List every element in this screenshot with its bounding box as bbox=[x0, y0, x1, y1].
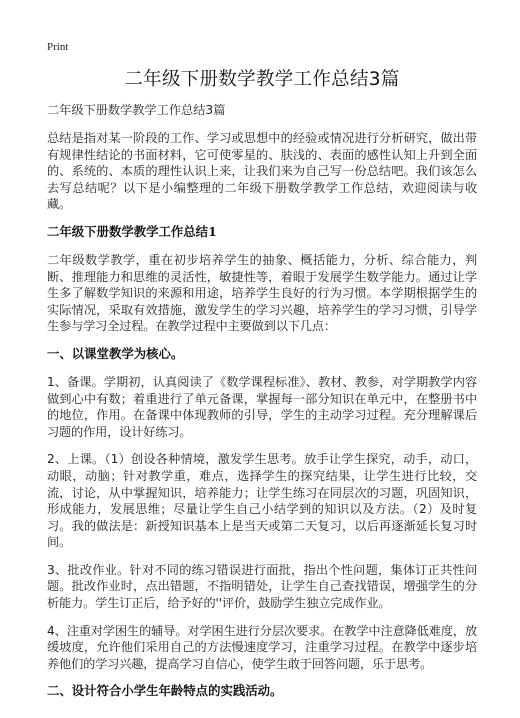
intro-paragraph: 总结是指对某一阶段的工作、学习或思想中的经验或情况进行分析研究，做出带有规律性结… bbox=[47, 130, 477, 213]
section-1-heading: 二年级下册数学教学工作总结1 bbox=[47, 224, 477, 240]
part-2-heading: 二、设计符合小学生年龄特点的实践活动。 bbox=[47, 683, 477, 699]
item-struggling-students: 4、注重对学困生的辅导。对学困生进行分层次要求。在教学中注意降低难度，放缓坡度，… bbox=[47, 623, 477, 673]
document-page: Print 二年级下册数学教学工作总结3篇 二年级下册数学教学工作总结3篇 总结… bbox=[47, 40, 477, 711]
section-1-intro-paragraph: 二年级数学教学，重在初步培养学生的抽象、概括能力，分析、综合能力，判断、推理能力… bbox=[47, 252, 477, 335]
print-label: Print bbox=[47, 40, 477, 54]
item-lesson-preparation: 1、备课。学期初，认真阅读了《数学课程标准》、教材、教参，对学期教学内容做到心中… bbox=[47, 374, 477, 440]
document-title: 二年级下册数学教学工作总结3篇 bbox=[47, 68, 477, 92]
part-1-heading: 一、以课堂教学为核心。 bbox=[47, 346, 477, 362]
item-homework-correction: 3、批改作业。针对不同的练习错误进行面批，指出个性问题，集体订正共性问题。批改作… bbox=[47, 562, 477, 612]
document-subtitle: 二年级下册数学教学工作总结3篇 bbox=[47, 102, 477, 118]
item-teaching-class: 2、上课。（1）创设各种情境，激发学生思考。放手让学生探究，动手，动口，动眼，动… bbox=[47, 451, 477, 551]
